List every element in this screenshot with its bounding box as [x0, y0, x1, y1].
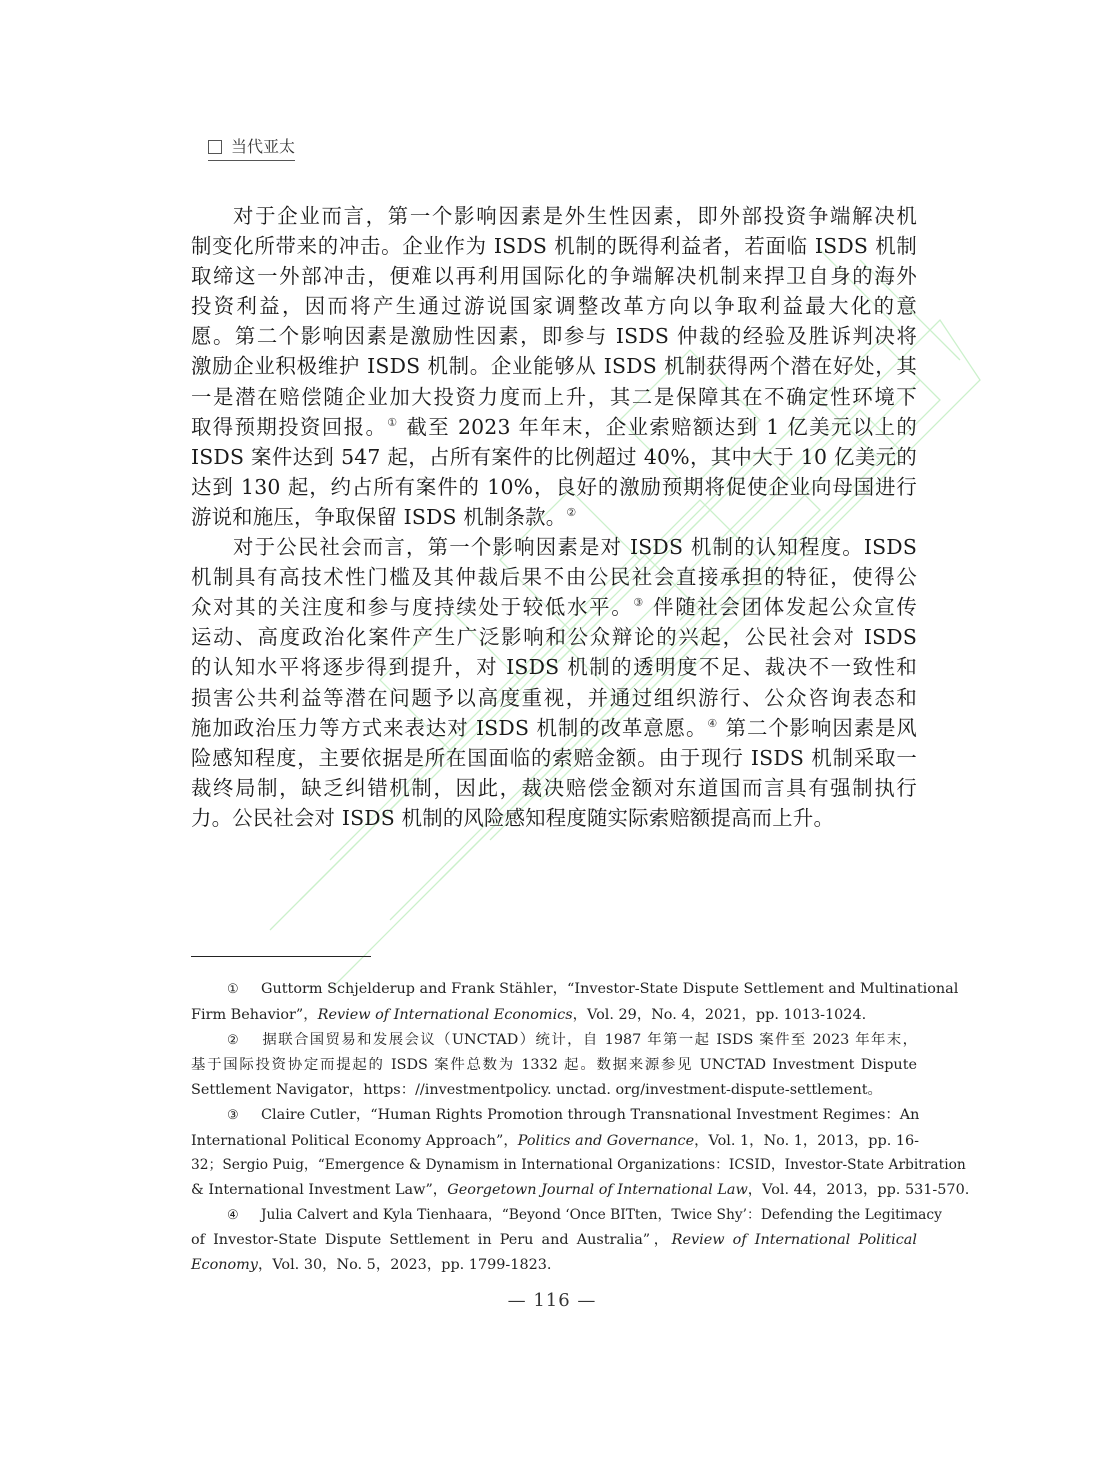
footnote-3: ③Claire Cutler，“Human Rights Promotion t…	[191, 1103, 917, 1202]
journal-name: Economy	[191, 1257, 258, 1273]
text-segment: 游说和施压，争取保留 ISDS 机制条款。	[191, 505, 566, 529]
square-box-icon	[208, 140, 222, 154]
text-line: 一是潜在赔偿随企业加大投资力度而上升，其二是保障其在不确定性环境下	[191, 382, 917, 412]
text-line: 愿。第二个影响因素是激励性因素，即参与 ISDS 仲裁的经验及胜诉判决将	[191, 321, 917, 351]
text-line: 施加政治压力等方式来表达对 ISDS 机制的改革意愿。④ 第二个影响因素是风	[191, 713, 917, 743]
text-line: 众对其的关注度和参与度持续处于较低水平。③ 伴随社会团体发起公众宣传	[191, 592, 917, 622]
footnotes: ①Guttorm Schjelderup and Frank Stähler，“…	[191, 977, 917, 1278]
footnote-line: 基于国际投资协定而提起的 ISDS 案件总数为 1332 起。数据来源参见 UN…	[191, 1053, 917, 1078]
text-line: 损害公共利益等潜在问题予以高度重视，并通过组织游行、公众咨询表态和	[191, 683, 917, 713]
text-line: 游说和施压，争取保留 ISDS 机制条款。②	[191, 502, 917, 532]
footnote-ref-1[interactable]: ①	[387, 416, 398, 429]
text-segment: 取得预期投资回报。	[191, 415, 387, 439]
footnote-ref-4[interactable]: ④	[707, 717, 718, 730]
text-line: 达到 130 起，约占所有案件的 10%，良好的激励预期将促使企业向母国进行	[191, 472, 917, 502]
footnote-text: Firm Behavior”，	[191, 1007, 318, 1023]
text-line: 对于企业而言，第一个影响因素是外生性因素，即外部投资争端解决机	[191, 201, 917, 231]
footnote-4: ④Julia Calvert and Kyla Tienhaara，“Beyon…	[191, 1203, 917, 1278]
footnote-text: Guttorm Schjelderup and Frank Stähler，“I…	[261, 981, 958, 997]
text-line: 激励企业积极维护 ISDS 机制。企业能够从 ISDS 机制获得两个潜在好处，其	[191, 351, 917, 381]
journal-name: Review of International Economics	[318, 1007, 573, 1023]
text-line: 取得预期投资回报。① 截至 2023 年年末，企业索赔额达到 1 亿美元以上的	[191, 412, 917, 442]
footnote-text: International Political Economy Approach…	[191, 1133, 518, 1149]
footnote-text: ，Vol. 1，No. 1，2013，pp. 16-	[694, 1133, 919, 1149]
footnote-line: ②据联合国贸易和发展会议（UNCTAD）统计，自 1987 年第一起 ISDS …	[191, 1028, 917, 1054]
footnote-text: of Investor-State Dispute Settlement in …	[191, 1232, 672, 1248]
text-line: 取缔这一外部冲击，便难以再利用国际化的争端解决机制来捍卫自身的海外	[191, 261, 917, 291]
text-line: 裁终局制，缺乏纠错机制，因此，裁决赔偿金额对东道国而言具有强制执行	[191, 773, 917, 803]
text-line: 对于公民社会而言，第一个影响因素是对 ISDS 机制的认知程度。ISDS	[191, 532, 917, 562]
page-number: — 116 —	[0, 1290, 1104, 1311]
footnote-ref-3[interactable]: ③	[633, 596, 645, 609]
text-line: 的认知水平将逐步得到提升，对 ISDS 机制的透明度不足、裁决不一致性和	[191, 652, 917, 682]
footnote-text: 据联合国贸易和发展会议（UNCTAD）统计，自 1987 年第一起 ISDS 案…	[261, 1032, 917, 1048]
footnote-text: ，Vol. 30，No. 5，2023，pp. 1799-1823.	[258, 1257, 552, 1273]
footnote-number: ③	[227, 1104, 261, 1129]
paragraph-enterprise: 对于企业而言，第一个影响因素是外生性因素，即外部投资争端解决机 制变化所带来的冲…	[191, 201, 917, 532]
footnote-text: ，Vol. 29，No. 4，2021，pp. 1013-1024.	[573, 1007, 867, 1023]
footnote-text: & International Investment Law”，	[191, 1182, 447, 1198]
text-segment: 施加政治压力等方式来表达对 ISDS 机制的改革意愿。	[191, 716, 707, 740]
footnote-line: ③Claire Cutler，“Human Rights Promotion t…	[191, 1103, 917, 1129]
footnote-number: ①	[227, 978, 261, 1003]
text-segment: 截至 2023 年年末，企业索赔额达到 1 亿美元以上的	[399, 415, 917, 439]
footnote-number: ④	[227, 1204, 261, 1229]
text-line: ISDS 案件达到 547 起，占所有案件的比例超过 40%，其中大于 10 亿…	[191, 442, 917, 472]
footnote-ref-2[interactable]: ②	[566, 506, 576, 519]
footnote-line: of Investor-State Dispute Settlement in …	[191, 1228, 917, 1253]
footnote-line: 32；Sergio Puig，“Emergence & Dynamism in …	[191, 1153, 917, 1178]
journal-name: Georgetown Journal of International Law	[447, 1182, 748, 1198]
footnote-line: International Political Economy Approach…	[191, 1129, 917, 1154]
text-line: 机制具有高技术性门槛及其仲裁后果不由公民社会直接承担的特征，使得公	[191, 562, 917, 592]
footnote-line: ①Guttorm Schjelderup and Frank Stähler，“…	[191, 977, 917, 1003]
footnote-line: & International Investment Law”，Georgeto…	[191, 1178, 917, 1203]
text-line: 险感知程度，主要依据是所在国面临的索赔金额。由于现行 ISDS 机制采取一	[191, 743, 917, 773]
journal-name: Review of International Political	[672, 1232, 917, 1248]
paragraph-civil-society: 对于公民社会而言，第一个影响因素是对 ISDS 机制的认知程度。ISDS 机制具…	[191, 532, 917, 833]
running-head: 当代亚太	[208, 136, 295, 161]
journal-title: 当代亚太	[231, 136, 295, 158]
text-line: 力。公民社会对 ISDS 机制的风险感知程度随实际索赔额提高而上升。	[191, 803, 917, 833]
footnote-text: Julia Calvert and Kyla Tienhaara，“Beyond…	[261, 1207, 942, 1223]
footnote-text: ，Vol. 44，2013，pp. 531-570.	[748, 1182, 970, 1198]
text-line: 运动、高度政治化案件产生广泛影响和公众辩论的兴起，公民社会对 ISDS	[191, 622, 917, 652]
text-line: 制变化所带来的冲击。企业作为 ISDS 机制的既得利益者，若面临 ISDS 机制	[191, 231, 917, 261]
footnote-line: Economy，Vol. 30，No. 5，2023，pp. 1799-1823…	[191, 1253, 917, 1278]
text-segment: 伴随社会团体发起公众宣传	[645, 595, 917, 619]
footnote-line: Firm Behavior”，Review of International E…	[191, 1003, 917, 1028]
footnote-2: ②据联合国贸易和发展会议（UNCTAD）统计，自 1987 年第一起 ISDS …	[191, 1028, 917, 1103]
text-line: 投资利益，因而将产生通过游说国家调整改革方向以争取利益最大化的意	[191, 291, 917, 321]
footnote-line: ④Julia Calvert and Kyla Tienhaara，“Beyon…	[191, 1203, 917, 1229]
footnote-text: Claire Cutler，“Human Rights Promotion th…	[261, 1107, 919, 1123]
footnote-divider	[191, 956, 371, 957]
footnote-number: ②	[227, 1029, 261, 1054]
text-segment: 第二个影响因素是风	[718, 716, 917, 740]
text-segment: 众对其的关注度和参与度持续处于较低水平。	[191, 595, 633, 619]
body-text: 对于企业而言，第一个影响因素是外生性因素，即外部投资争端解决机 制变化所带来的冲…	[191, 201, 917, 833]
footnote-url-line[interactable]: Settlement Navigator，https：//investmentp…	[191, 1078, 917, 1103]
footnote-1: ①Guttorm Schjelderup and Frank Stähler，“…	[191, 977, 917, 1027]
journal-name: Politics and Governance	[518, 1133, 694, 1149]
